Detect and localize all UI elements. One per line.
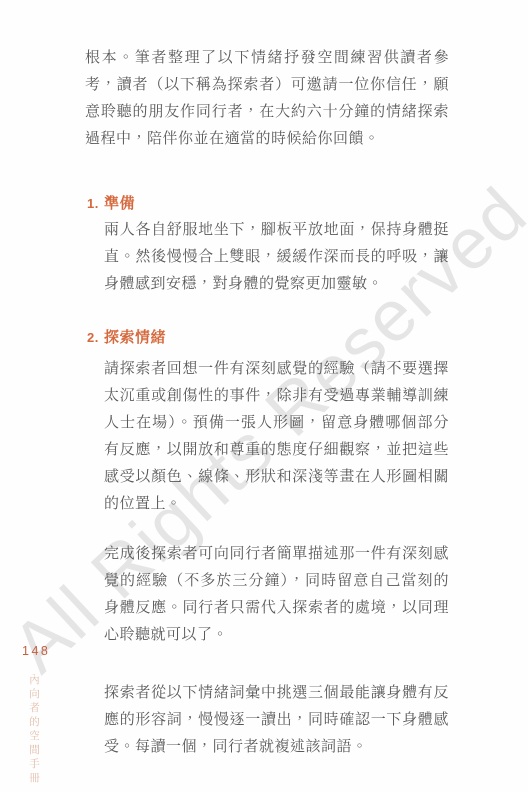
section-body: 請探索者回想一件有深刻感覺的經驗（請不要選擇太沉重或創傷性的事件，除非有受過專業…	[85, 355, 449, 760]
section-body: 兩人各自舒服地坐下，腳板平放地面，保持身體挺直。然後慢慢合上雙眼，緩緩作深而長的…	[85, 216, 449, 297]
section-prepare: 1.準備 兩人各自舒服地坐下，腳板平放地面，保持身體挺直。然後慢慢合上雙眼，緩緩…	[85, 194, 449, 297]
section-paragraph: 完成後探索者可向同行者簡單描述那一件有深刻感覺的經驗（不多於三分鐘），同時留意自…	[104, 540, 449, 648]
section-explore-emotions: 2.探索情緒 請探索者回想一件有深刻感覺的經驗（請不要選擇太沉重或創傷性的事件，…	[85, 328, 449, 760]
section-paragraph: 兩人各自舒服地坐下，腳板平放地面，保持身體挺直。然後慢慢合上雙眼，緩緩作深而長的…	[104, 216, 449, 297]
section-number: 1.	[87, 194, 104, 214]
section-heading: 1.準備	[85, 194, 449, 214]
section-paragraph: 請探索者回想一件有深刻感覺的經驗（請不要選擇太沉重或創傷性的事件，除非有受過專業…	[104, 355, 449, 517]
section-paragraph: 探索者從以下情緒詞彙中挑選三個最能讓身體有反應的形容詞，慢慢逐一讀出，同時確認一…	[104, 679, 449, 760]
page-number: 148	[22, 644, 50, 658]
section-number: 2.	[87, 328, 104, 348]
book-page: All Rights Reserved 根本。筆者整理了以下情緒抒發空間練習供讀…	[0, 0, 528, 792]
section-title: 準備	[104, 195, 135, 212]
section-title: 探索情緒	[104, 329, 166, 346]
book-spine-title: 內向者的空間手冊	[27, 674, 42, 786]
intro-paragraph: 根本。筆者整理了以下情緒抒發空間練習供讀者參考，讀者（以下稱為探索者）可邀請一位…	[85, 44, 449, 152]
section-heading: 2.探索情緒	[85, 328, 449, 348]
page-content: 根本。筆者整理了以下情緒抒發空間練習供讀者參考，讀者（以下稱為探索者）可邀請一位…	[85, 44, 449, 760]
